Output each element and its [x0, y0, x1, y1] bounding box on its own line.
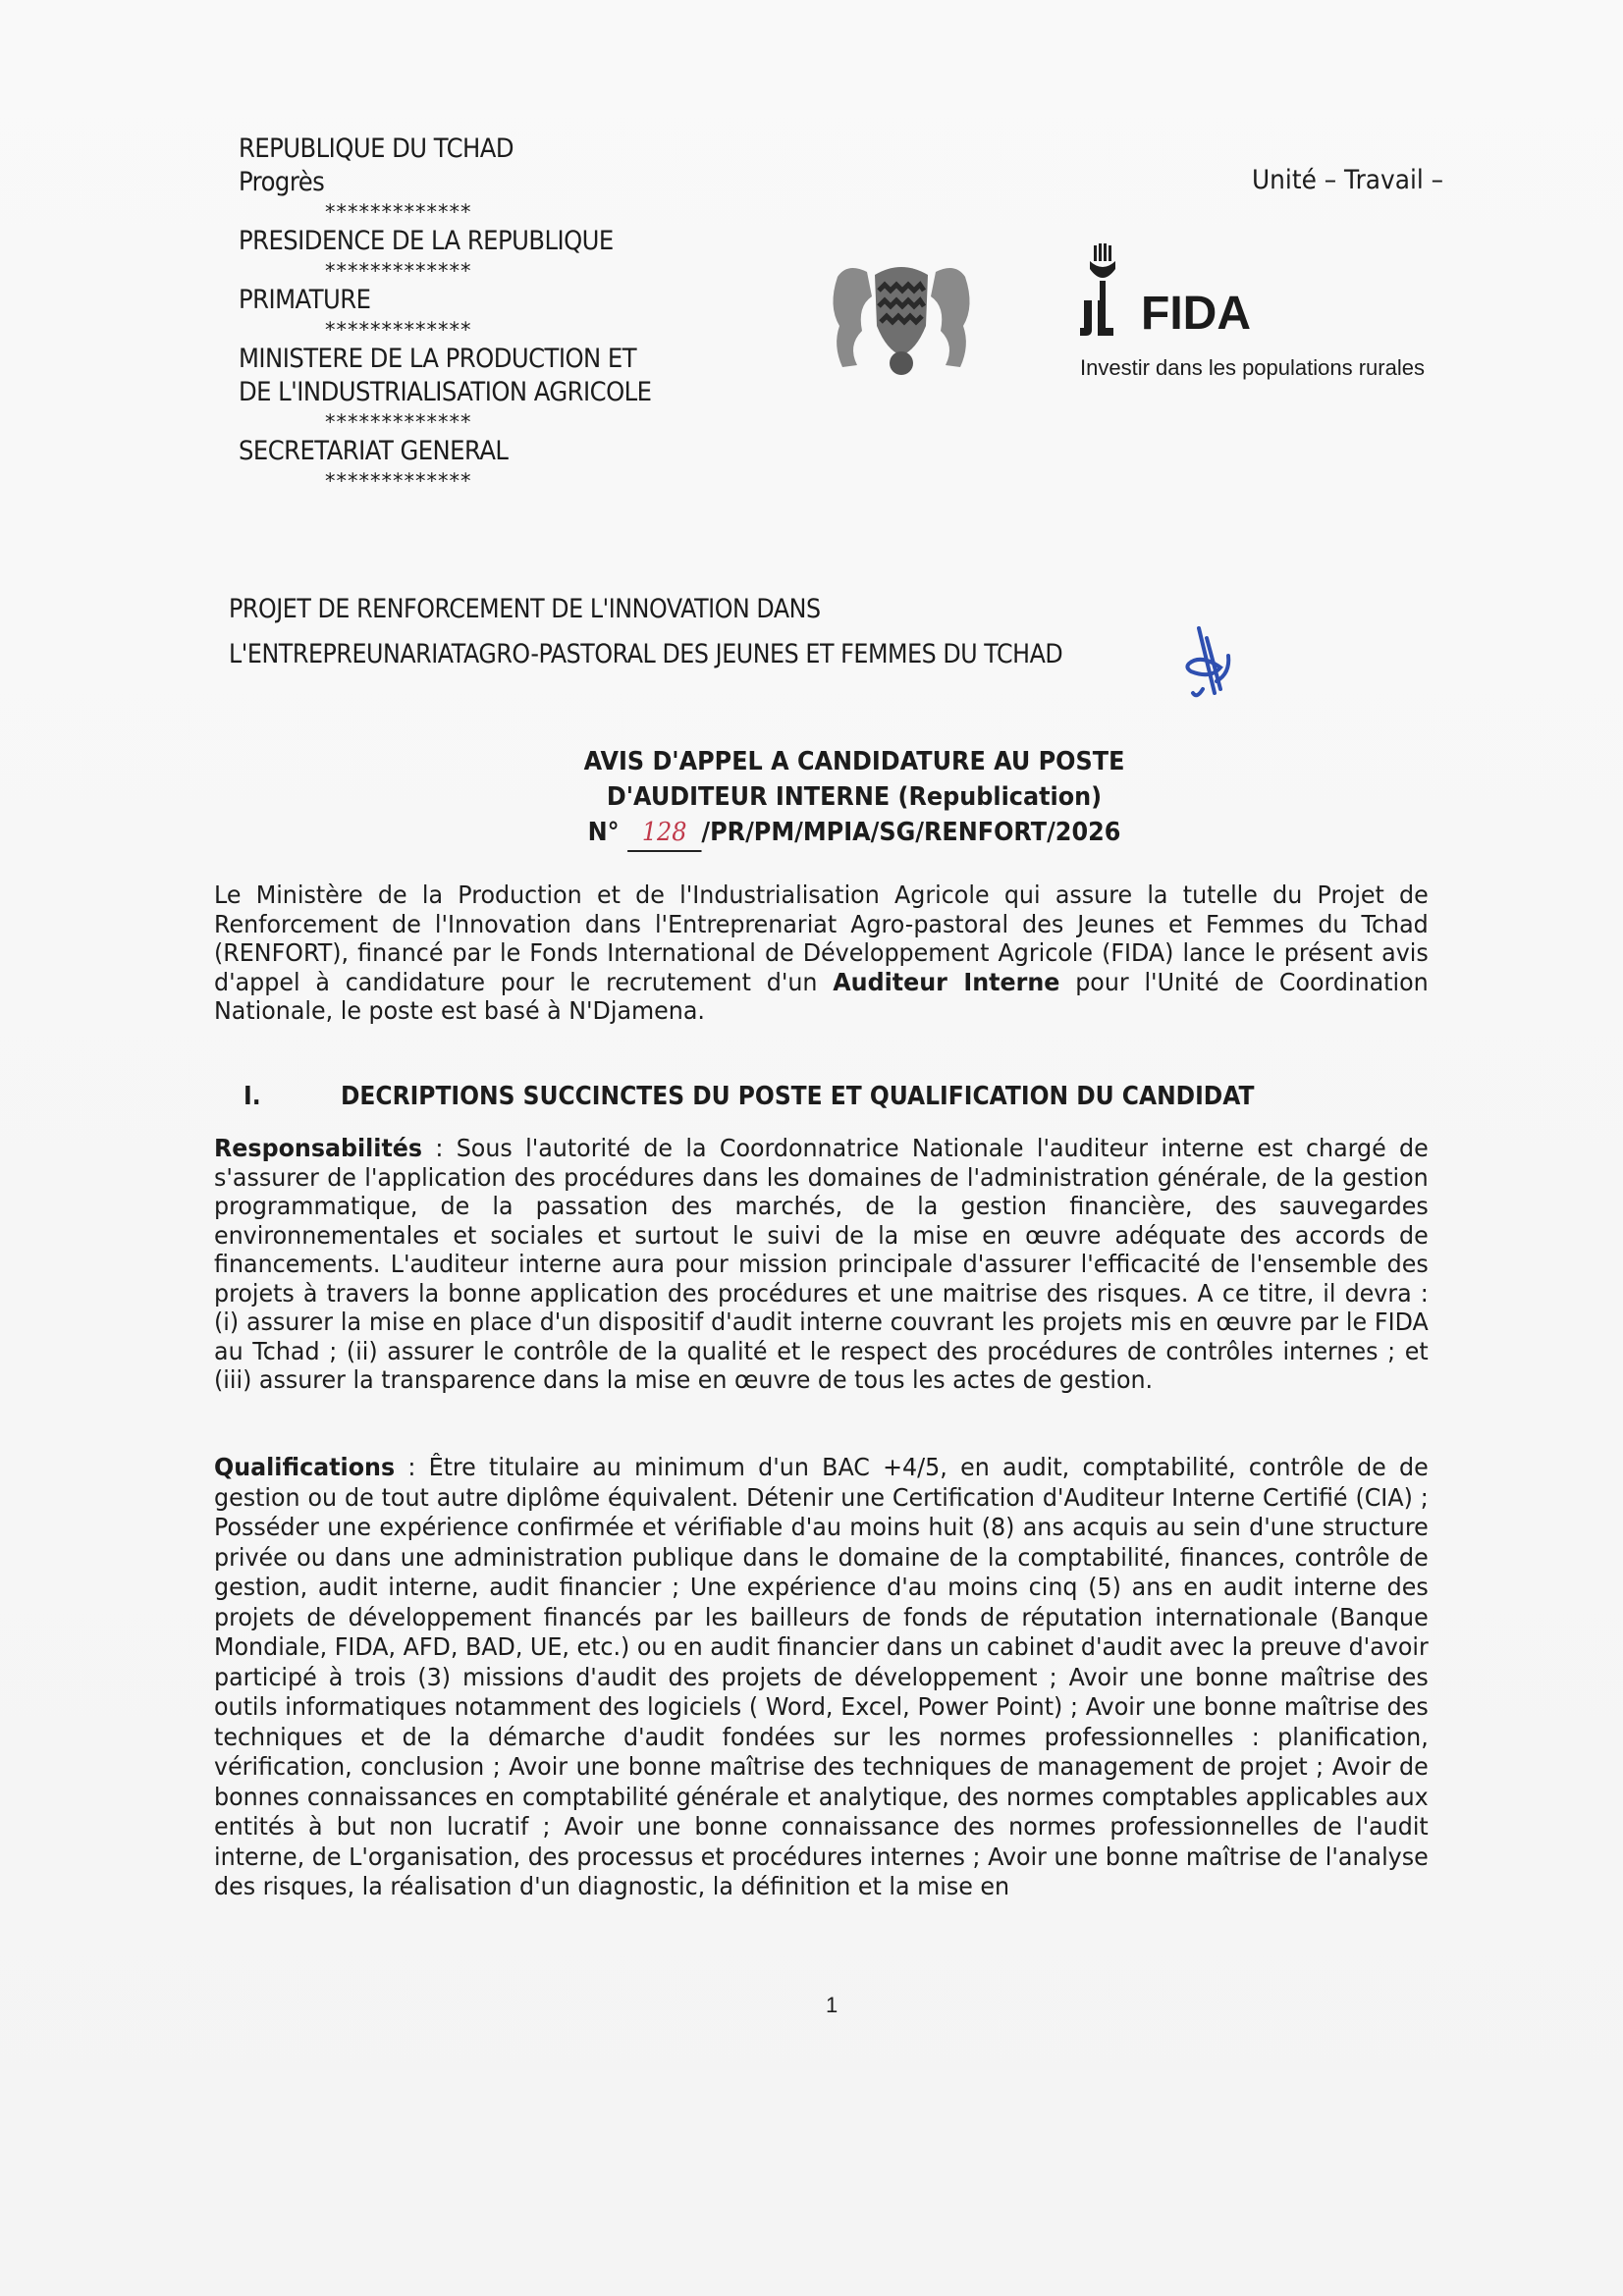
responsibilities-text: : Sous l'autorité de la Coordonnatrice N…: [214, 1134, 1429, 1394]
project-title-line-1: PROJET DE RENFORCEMENT DE L'INNOVATION D…: [229, 587, 1162, 632]
header-line: PRIMATURE: [239, 284, 698, 317]
qualifications-text: : Être titulaire au minimum d'un BAC +4/…: [214, 1453, 1429, 1900]
intro-paragraph: Le Ministère de la Production et de l'In…: [214, 881, 1466, 1026]
fida-logo: FIDA: [1080, 243, 1141, 346]
header-line: Progrès: [239, 166, 698, 199]
section-number: I.: [243, 1082, 341, 1111]
header-line: REPUBLIQUE DU TCHAD: [239, 133, 698, 166]
page-number: 1: [826, 1993, 838, 2018]
separator-stars: *************: [325, 199, 749, 225]
project-title-line-2: L'ENTREPREUNARIATAGRO-PASTORAL DES JEUNE…: [229, 632, 1162, 677]
qualifications-paragraph: Qualifications : Être titulaire au minim…: [214, 1453, 1466, 1902]
fida-wheat-logo-icon: [1080, 243, 1141, 342]
fida-tagline: Investir dans les populations rurales: [1080, 355, 1425, 381]
separator-stars: *************: [325, 258, 749, 284]
notice-title-line-1: AVIS D'APPEL A CANDIDATURE AU POSTE: [538, 744, 1170, 779]
header-line: SECRETARIAT GENERAL: [239, 435, 698, 468]
reference-prefix: N°: [588, 818, 620, 847]
responsibilities-label: Responsabilités: [214, 1134, 422, 1162]
notice-title-line-2: D'AUDITEUR INTERNE (Republication): [538, 779, 1170, 815]
separator-stars: *************: [325, 317, 749, 343]
project-title: PROJET DE RENFORCEMENT DE L'INNOVATION D…: [229, 587, 1289, 677]
header-line: DE L'INDUSTRIALISATION AGRICOLE: [239, 376, 698, 409]
separator-stars: *************: [325, 468, 749, 494]
responsibilities-paragraph: Responsabilités : Sous l'autorité de la …: [214, 1134, 1466, 1395]
header-line: MINISTERE DE LA PRODUCTION ET: [239, 343, 698, 376]
reference-suffix: /PR/PM/MPIA/SG/RENFORT/2026: [701, 818, 1120, 847]
section-title: DECRIPTIONS SUCCINCTES DU POSTE ET QUALI…: [341, 1082, 1254, 1111]
administrative-header: REPUBLIQUE DU TCHADProgrès*************P…: [239, 133, 749, 494]
national-motto: Unité – Travail –: [1252, 165, 1443, 195]
header-line: PRESIDENCE DE LA REPUBLIQUE: [239, 225, 698, 258]
separator-stars: *************: [325, 409, 749, 435]
fida-name: FIDA: [1141, 287, 1251, 341]
handwritten-initials-icon: [1181, 624, 1240, 703]
position-name: Auditeur Interne: [833, 968, 1059, 996]
qualifications-label: Qualifications: [214, 1453, 395, 1481]
reference-number: 128: [627, 815, 701, 852]
notice-title: AVIS D'APPEL A CANDIDATURE AU POSTE D'AU…: [511, 744, 1198, 852]
document-page: REPUBLIQUE DU TCHADProgrès*************P…: [0, 0, 1623, 2296]
chad-coat-of-arms-icon: [828, 257, 975, 380]
section-heading: I.DECRIPTIONS SUCCINCTES DU POSTE ET QUA…: [243, 1082, 1254, 1111]
notice-reference: N° 128/PR/PM/MPIA/SG/RENFORT/2026: [538, 815, 1170, 852]
